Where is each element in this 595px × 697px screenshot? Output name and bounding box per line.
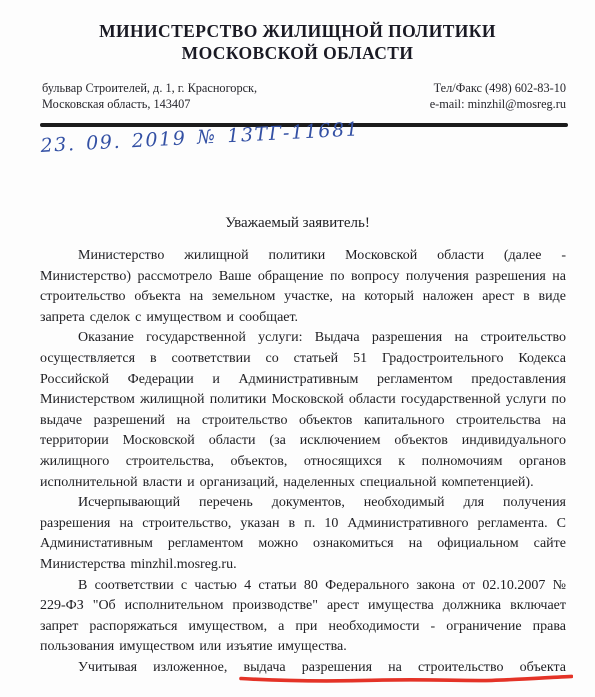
paragraph-service-regulation: Оказание государственной услуги: Выдача … [40, 328, 566, 493]
ministry-title-line1: МИНИСТЕРСТВО ЖИЛИЩНОЙ ПОЛИТИКИ [0, 20, 595, 42]
address-line1: бульвар Строителей, д. 1, г. Красногорск… [42, 81, 257, 97]
ministry-letterhead-title: МИНИСТЕРСТВО ЖИЛИЩНОЙ ПОЛИТИКИ МОСКОВСКО… [0, 0, 595, 64]
closing-underlined-text: выдача разрешения на строительство объек… [244, 660, 566, 675]
address-line2: Московская область, 143407 [42, 97, 257, 113]
scanned-letter-document: МИНИСТЕРСТВО ЖИЛИЩНОЙ ПОЛИТИКИ МОСКОВСКО… [0, 0, 595, 697]
phone-fax-line: Тел/Факс (498) 602-83-10 [430, 81, 566, 97]
phone-email-block: Тел/Факс (498) 602-83-10 e-mail: minzhil… [430, 81, 566, 112]
ministry-title-line2: МОСКОВСКОЙ ОБЛАСТИ [0, 42, 595, 64]
paragraph-documents-list: Исчерпывающий перечень документов, необх… [40, 493, 566, 575]
closing-underlined-phrase: выдача разрешения на строительство объек… [244, 660, 566, 675]
paragraph-federal-law: В соответствии с частью 4 статьи 80 Феде… [40, 576, 566, 658]
closing-prefix: Учитывая изложенное, [78, 660, 227, 675]
paragraph-intro: Министерство жилищной политики Московско… [40, 246, 566, 328]
address-block: бульвар Строителей, д. 1, г. Красногорск… [42, 81, 257, 112]
letterhead-contact-row: бульвар Строителей, д. 1, г. Красногорск… [42, 81, 566, 112]
letter-body: Министерство жилищной политики Московско… [40, 246, 566, 678]
closing-line: Учитывая изложенное, выдача разрешения н… [40, 658, 566, 679]
email-line: e-mail: minzhil@mosreg.ru [430, 97, 566, 113]
salutation-line: Уважаемый заявитель! [0, 215, 595, 232]
